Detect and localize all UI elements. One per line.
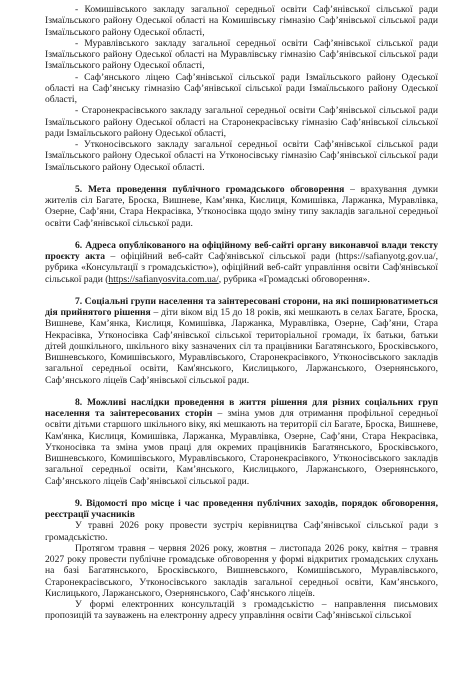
section-6-text-end: , рубрика «Громадські обговорення». <box>219 274 370 285</box>
section-8: 8. Можливі наслідки проведення в життя р… <box>45 397 438 487</box>
section-8-text: – зміна умов для отримання профільної се… <box>45 408 438 487</box>
section-9-paragraph: У формі електронних консультацій з грома… <box>45 599 438 622</box>
list-item: - Муравлівського закладу загальної серед… <box>45 38 438 72</box>
section-5: 5. Мета проведення публічного громадсько… <box>45 184 438 229</box>
spacer <box>45 487 438 498</box>
list-item: - Утконосівського закладу загальної сере… <box>45 139 438 173</box>
section-9-heading: 9. Відомості про місце і час проведення … <box>45 498 438 520</box>
list-item: - Саф’янського ліцею Саф’янівської сільс… <box>45 72 438 106</box>
section-9-paragraph: У травні 2026 року провести зустріч кері… <box>45 520 438 543</box>
section-6: 6. Адреса опублікованого на офіційному в… <box>45 240 438 285</box>
section-5-heading: 5. Мета проведення публічного громадсько… <box>75 184 344 195</box>
section-7-text: – діти віком від 15 до 18 років, які меш… <box>45 307 438 386</box>
spacer <box>45 285 438 296</box>
document-page: - Комишівського закладу загальної середн… <box>45 4 438 622</box>
section-7: 7. Соціальні групи населення та заінтере… <box>45 296 438 386</box>
section-9-paragraph: Протягом травня – червня 2026 року, жовт… <box>45 543 438 599</box>
spacer <box>45 173 438 184</box>
education-website-link[interactable]: https://safianyosvita.com.ua/ <box>108 274 218 285</box>
section-9-heading-paragraph: 9. Відомості про місце і час проведення … <box>45 498 438 521</box>
list-item: - Комишівського закладу загальної середн… <box>45 4 438 38</box>
spacer <box>45 229 438 240</box>
list-item: - Старонекрасівського закладу загальної … <box>45 105 438 139</box>
spacer <box>45 386 438 397</box>
